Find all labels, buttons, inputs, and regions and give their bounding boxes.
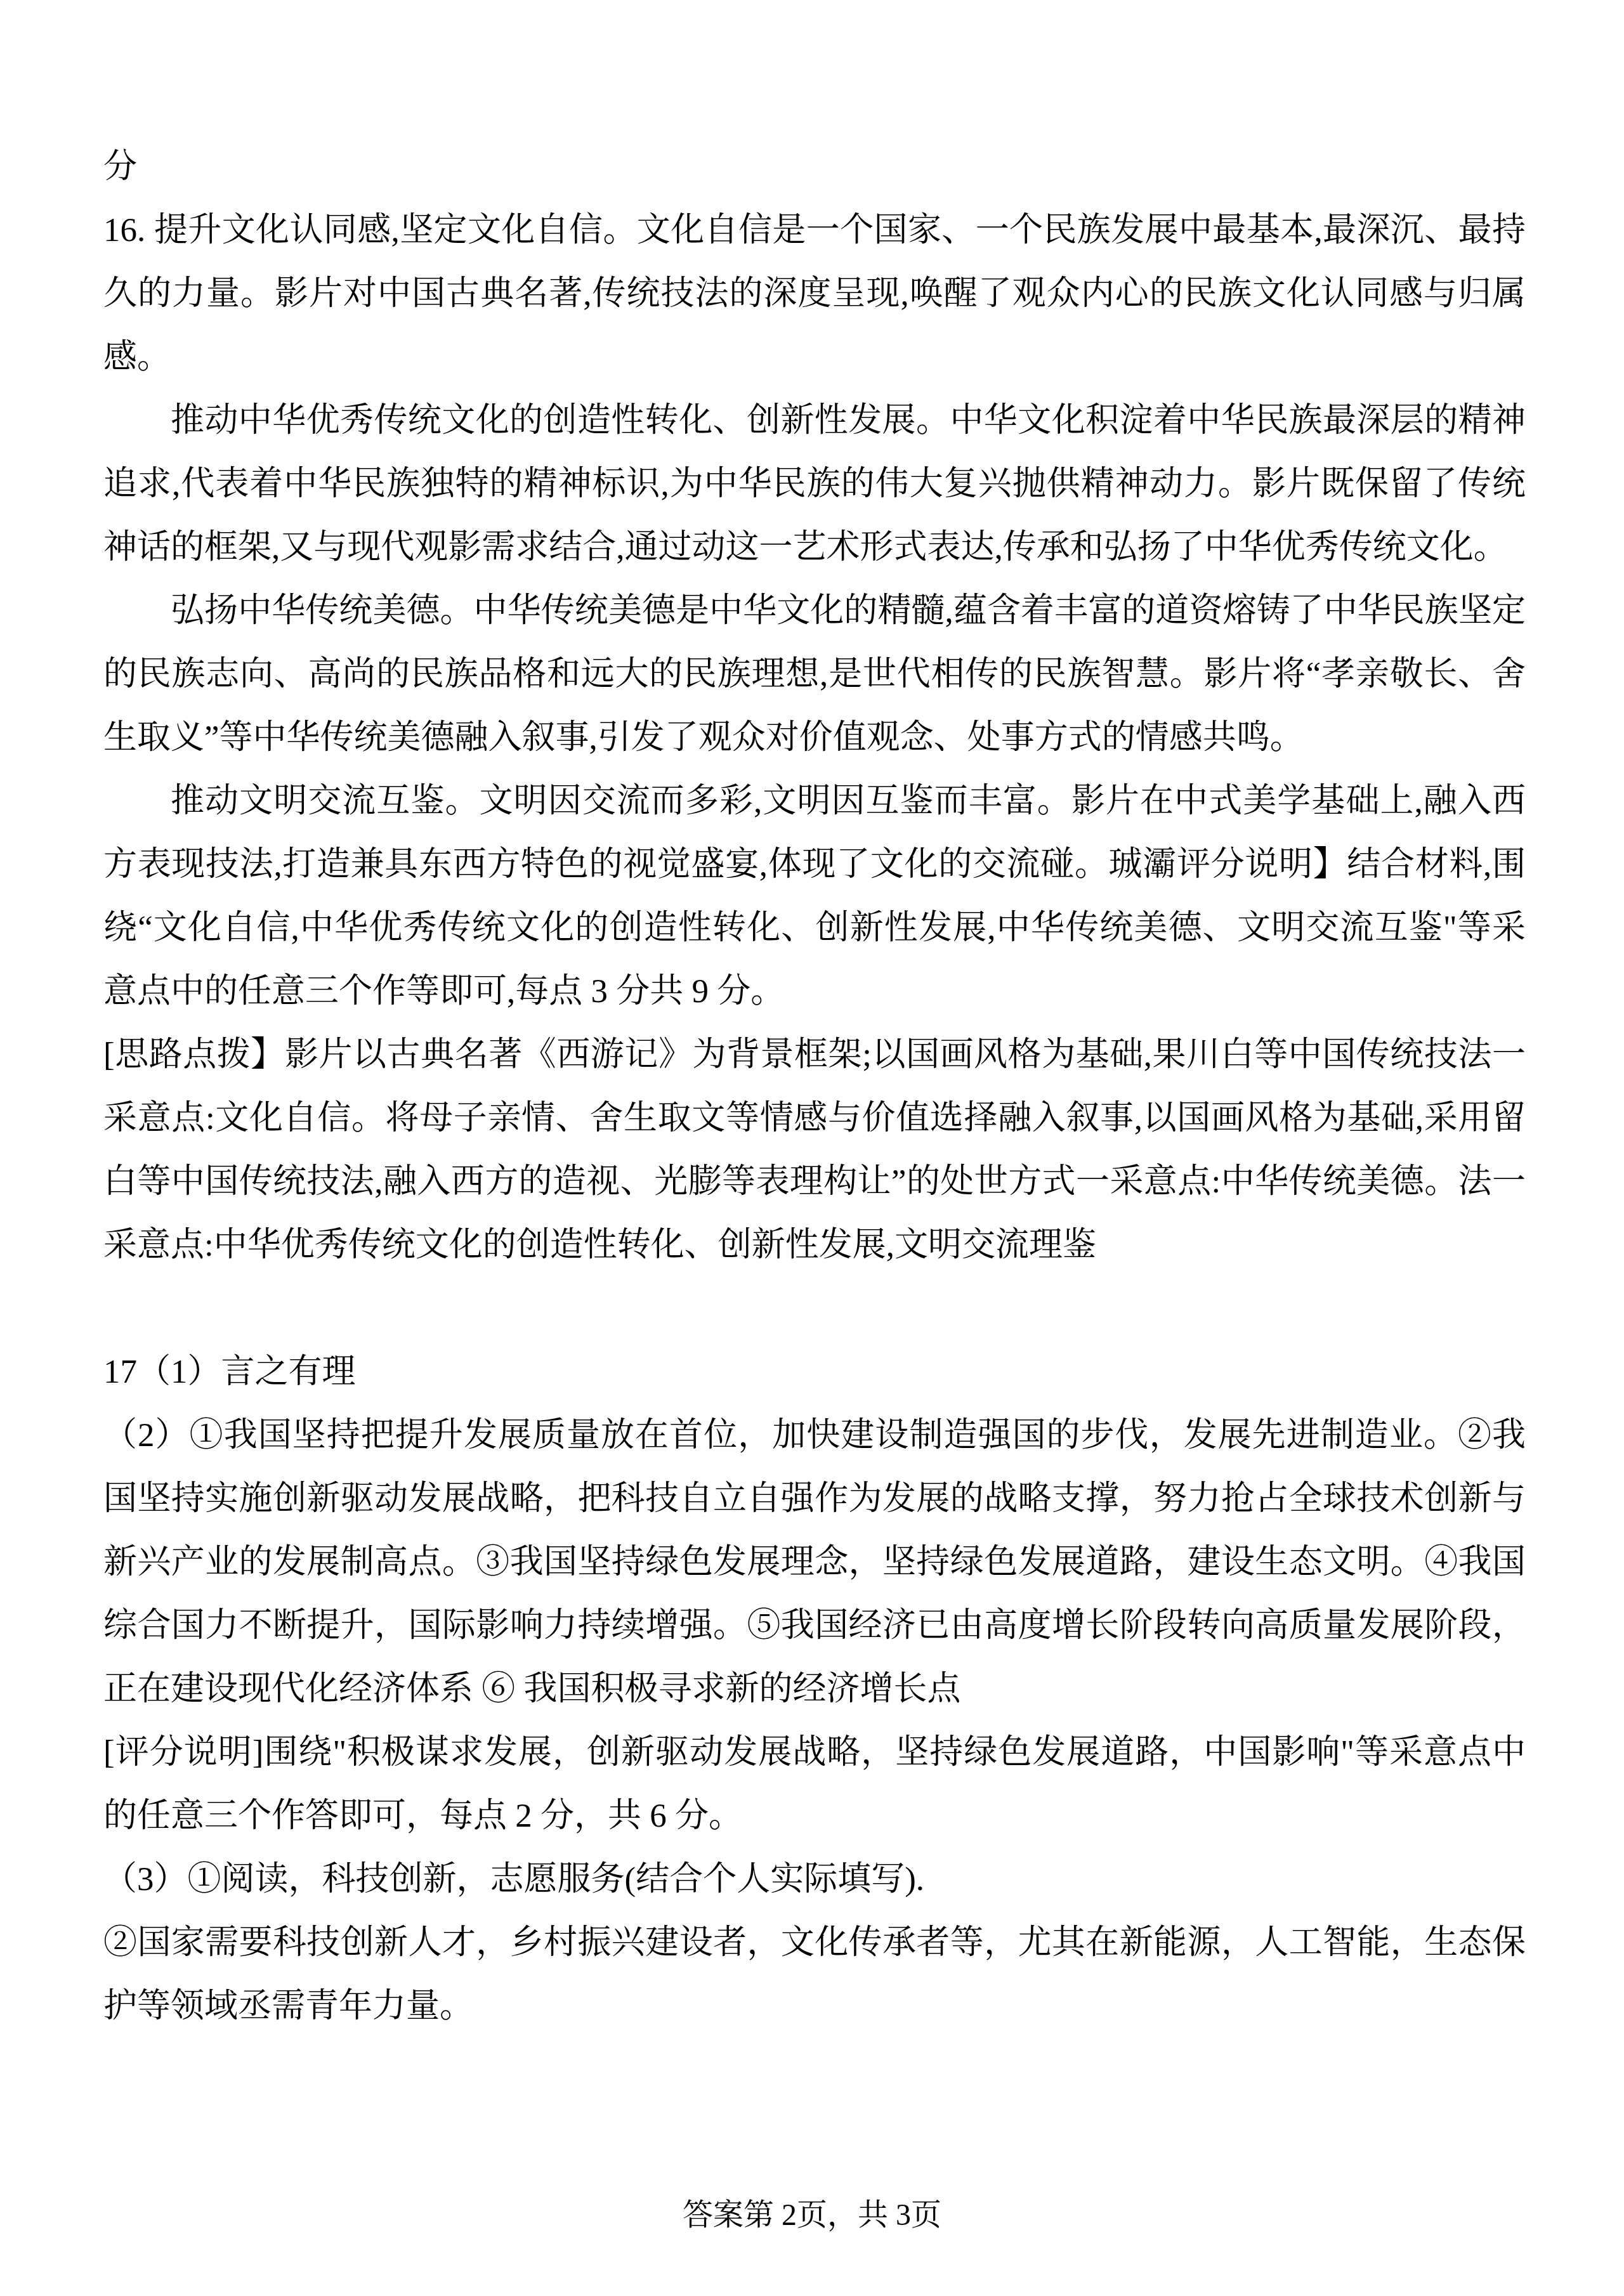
paragraph-answer-16-point2: 推动中华优秀传统文化的创造性转化、创新性发展。中华文化积淀着中华民族最深层的精神…: [103, 389, 1526, 579]
paragraph-answer-16-point3: 弘扬中华传统美德。中华传统美德是中华文化的精髓,蕴含着丰富的道资熔铸了中华民族坚…: [103, 579, 1526, 769]
answer-text-body: 分 16. 提升文化认同感,坚定文化自信。文化自信是一个国家、一个民族发展中最基…: [103, 135, 1526, 2038]
paragraph-answer-17-2-scoring: [评分说明]围绕"积极谋求发展，创新驱动发展战略，坚持绿色发展道路，中国影响"等…: [103, 1721, 1526, 1848]
paragraph-answer-17-3: （3）①阅读，科技创新，志愿服务(结合个人实际填写).: [103, 1848, 1526, 1911]
paragraph-answer-16: 16. 提升文化认同感,坚定文化自信。文化自信是一个国家、一个民族发展中最基本,…: [103, 199, 1526, 389]
paragraph-answer-17-2: （2）①我国坚持把提升发展质量放在首位，加快建设制造强国的步伐，发展先进制造业。…: [103, 1404, 1526, 1721]
paragraph-answer-17-1: 17（1）言之有理: [103, 1340, 1526, 1404]
paragraph-answer-16-point4-scoring: 推动文明交流互鉴。文明因交流而多彩,文明因互鉴而丰富。影片在中式美学基础上,融入…: [103, 769, 1526, 1023]
answer-sheet-page: 分 16. 提升文化认同感,坚定文化自信。文化自信是一个国家、一个民族发展中最基…: [0, 0, 1624, 2296]
paragraph-answer-17-3-point2: ②国家需要科技创新人才，乡村振兴建设者，文化传承者等，尤其在新能源，人工智能，生…: [103, 1911, 1526, 2038]
page-number-footer: 答案第 2页，共 3页: [0, 2184, 1624, 2247]
paragraph-overflow-score: 分: [103, 135, 1526, 199]
paragraph-answer-16-hints: [思路点拨】影片以古典名著《西游记》为背景框架;以国画风格为基础,果川白等中国传…: [103, 1023, 1526, 1277]
